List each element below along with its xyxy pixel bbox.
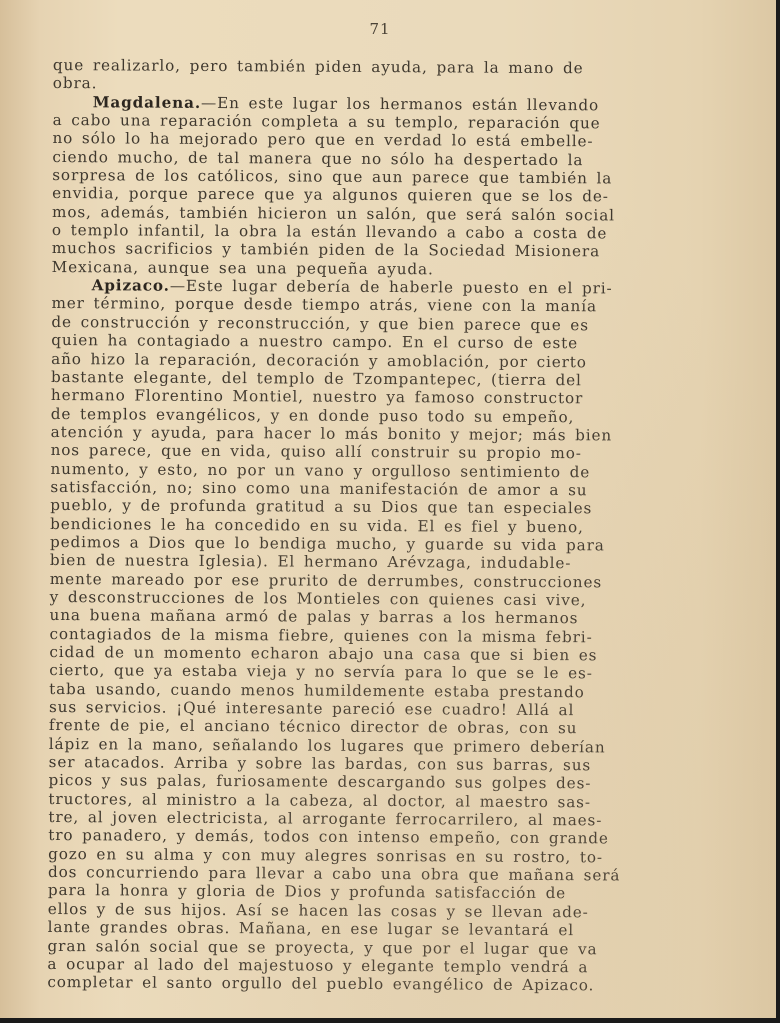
text-fragment: —Este lugar debería de haberle puesto en…	[170, 277, 613, 298]
section-heading-magdalena: Magdalena.	[93, 93, 201, 112]
section-heading-apizaco: Apizaco.	[92, 276, 170, 294]
text-line: completar el santo orgullo del pueblo ev…	[47, 973, 717, 995]
page-number: 71	[0, 20, 760, 38]
text-fragment: —En este lugar los hermanos están llevan…	[201, 94, 599, 114]
body-text: que realizarlo, pero también piden ayuda…	[47, 56, 723, 996]
book-page: 71 que realizarlo, pero también piden ay…	[0, 0, 776, 1018]
